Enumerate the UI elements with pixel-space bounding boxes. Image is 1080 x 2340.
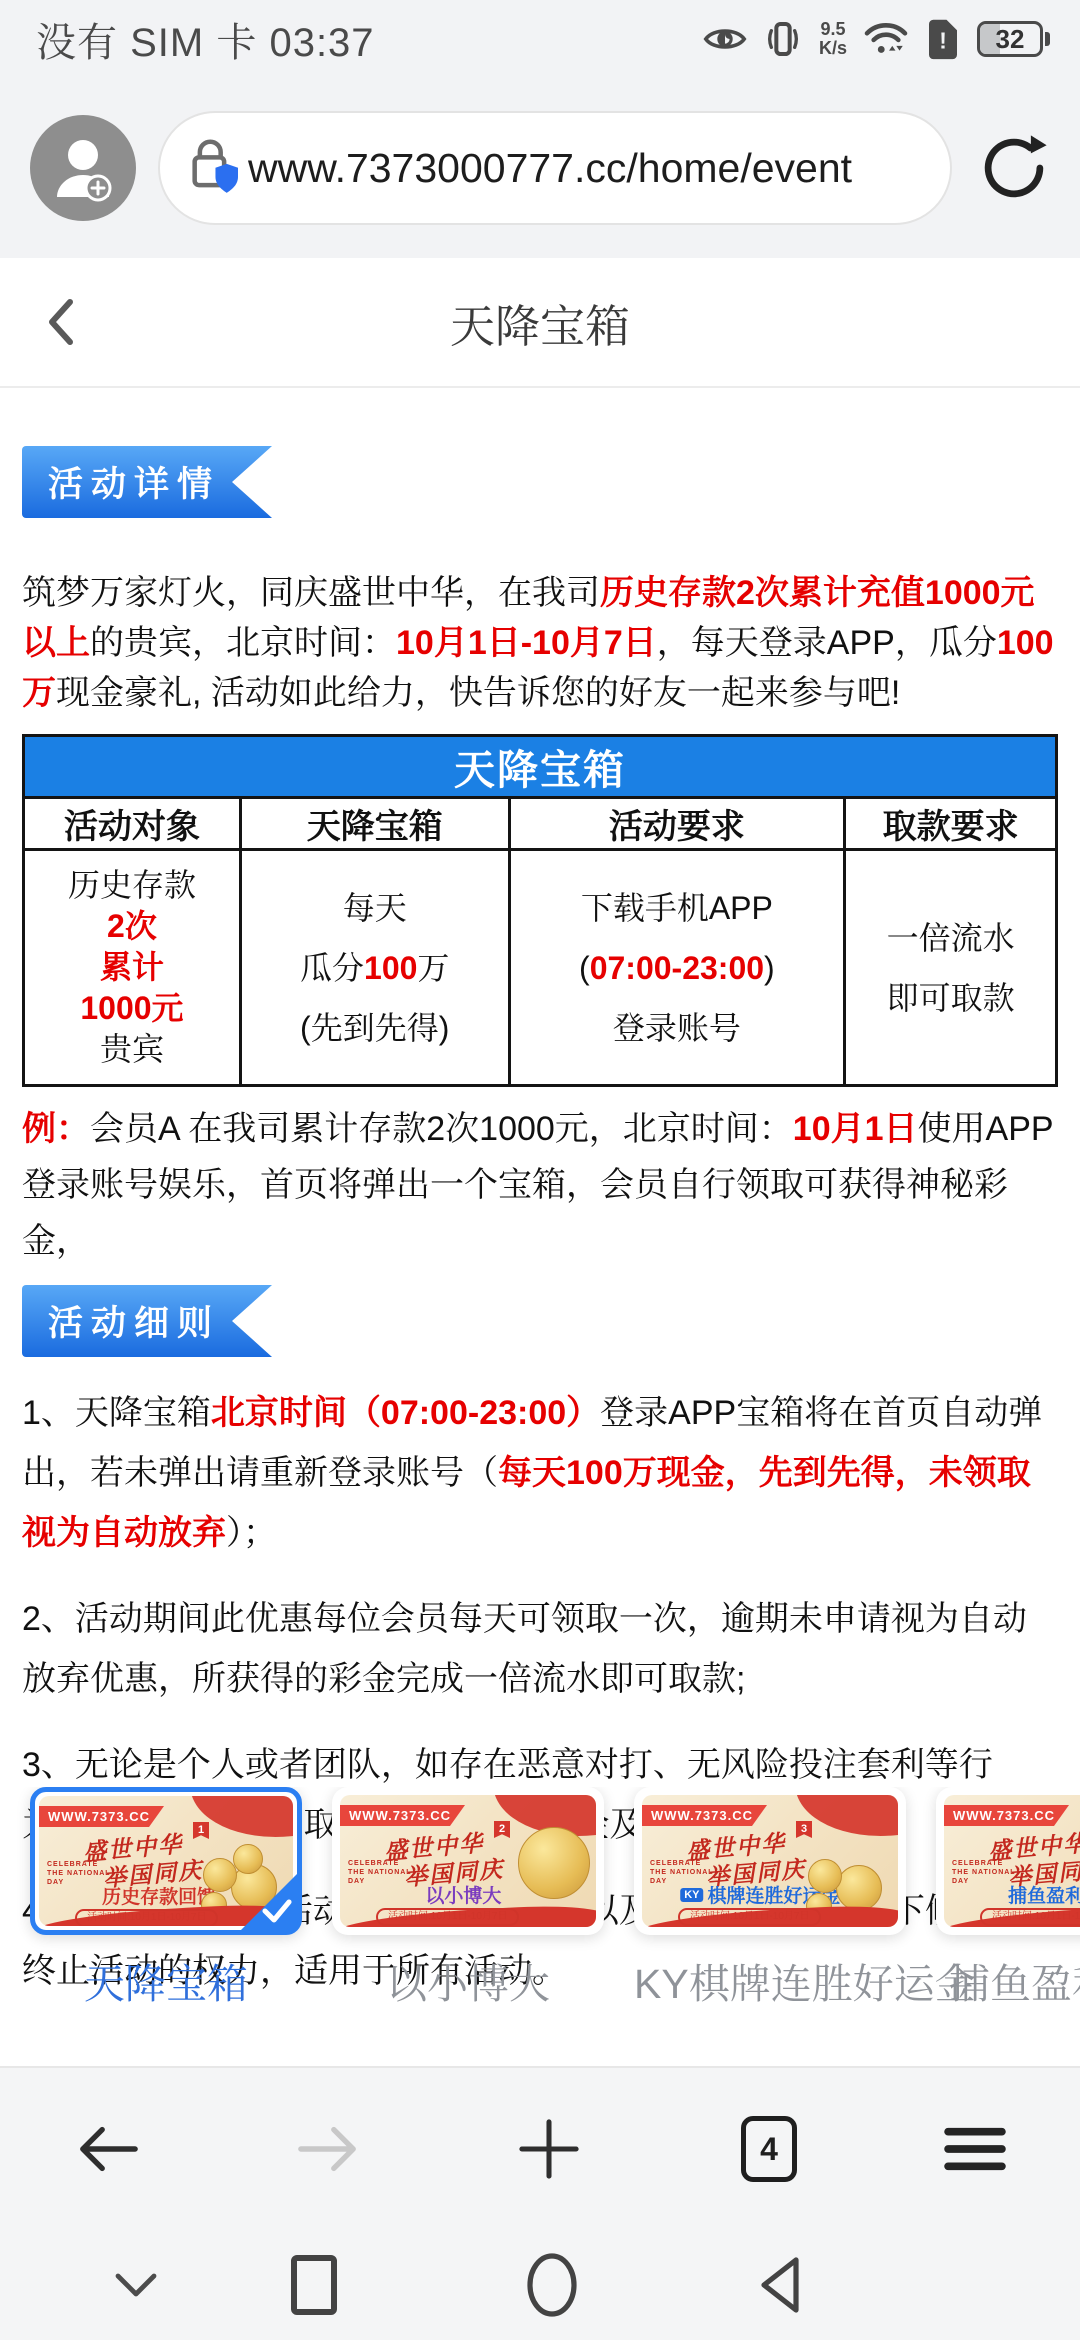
url-text: www.7373000777.cc/home/event (248, 145, 852, 192)
coin-decoration (836, 1865, 882, 1911)
sim-time-text: 没有 SIM 卡 03:37 (36, 11, 375, 68)
details-badge: 活动详情 (22, 446, 272, 518)
status-bar: 没有 SIM 卡 03:37 9.5 K/s ! 32 (0, 0, 1080, 78)
phone-screen: 没有 SIM 卡 03:37 9.5 K/s ! 32 (0, 0, 1080, 2340)
browser-back-button[interactable] (77, 2123, 139, 2175)
carousel-item-small-bets[interactable]: WWW.7373.CC 盛世中华 2 举国同庆 CELEBRATE THE NA… (332, 1787, 604, 2010)
sim-alert-icon: ! (925, 18, 961, 60)
gold-globe-decoration (518, 1827, 590, 1899)
carousel-item-ky-streak[interactable]: WWW.7373.CC 盛世中华 3 举国同庆 CELEBRATE THE NA… (634, 1787, 906, 2010)
profile-avatar-button[interactable] (30, 115, 136, 221)
secure-shield-icon (186, 136, 238, 201)
recents-button[interactable] (290, 2254, 338, 2316)
flag-decoration (190, 1796, 293, 1846)
flag-decoration (795, 1795, 898, 1845)
event-content: 活动详情 筑梦万家灯火，同庆盛世中华，在我司历史存款2次累计充值1000元以上的… (0, 388, 1080, 2066)
carousel-item-treasure-box[interactable]: WWW.7373.CC 盛世中华 1 举国同庆 CELEBRATE THE NA… (30, 1787, 302, 2010)
eye-protection-icon (703, 24, 747, 54)
system-navbar (0, 2230, 1080, 2340)
carousel-label: KY棋牌连胜好运金 (634, 1951, 906, 2010)
cell-target: 历史存款2次累计1000元贵宾 (24, 850, 241, 1086)
table-header-withdraw: 取款要求 (845, 798, 1057, 850)
home-button[interactable] (526, 2252, 578, 2318)
carousel-label: 以小博大 (332, 1951, 604, 2010)
cell-withdraw: 一倍流水即可取款 (845, 850, 1057, 1086)
back-button[interactable] (30, 258, 90, 386)
table-header-target: 活动对象 (24, 798, 241, 850)
wifi-icon (863, 20, 909, 58)
table-title: 天降宝箱 (24, 736, 1057, 798)
address-bar[interactable]: www.7373000777.cc/home/event (158, 111, 952, 225)
network-speed: 9.5 K/s (819, 20, 847, 58)
new-tab-button[interactable] (518, 2118, 580, 2180)
back-nav-button[interactable] (756, 2254, 802, 2316)
table-header-requirement: 活动要求 (509, 798, 845, 850)
svg-text:!: ! (939, 28, 947, 54)
vibrate-icon (763, 19, 803, 59)
intro-paragraph: 筑梦万家灯火，同庆盛世中华，在我司历史存款2次累计充值1000元以上的贵宾，北京… (22, 568, 1058, 718)
table-header-box: 天降宝箱 (240, 798, 509, 850)
tab-count: 4 (741, 2116, 797, 2182)
tabs-button[interactable]: 4 (741, 2116, 797, 2182)
event-carousel: WWW.7373.CC 盛世中华 1 举国同庆 CELEBRATE THE NA… (0, 1787, 1080, 2010)
browser-url-row: www.7373000777.cc/home/event (0, 78, 1080, 258)
rules-badge: 活动细则 (22, 1285, 272, 1357)
battery-icon: 32 (977, 21, 1050, 57)
cell-box: 每天瓜分100万(先到先得) (240, 850, 509, 1086)
rule-1: 1、天降宝箱北京时间（07:00-23:00）登录APP宝箱将在首页自动弹出，若… (22, 1383, 1058, 1563)
page-title: 天降宝箱 (0, 290, 1080, 355)
ky-logo: KY (680, 1888, 703, 1902)
browser-forward-button[interactable] (297, 2123, 359, 2175)
carousel-label: 天降宝箱 (30, 1951, 302, 2010)
carousel-item-fishing-bonus[interactable]: WWW.7373.CC 盛世中华 4 举国同庆 CELEBRATE THE NA… (936, 1787, 1080, 2010)
refresh-button[interactable] (974, 132, 1054, 204)
battery-percent: 32 (996, 24, 1025, 55)
banner-site-ribbon: WWW.7373.CC (39, 1806, 164, 1827)
rule-2: 2、活动期间此优惠每位会员每天可领取一次，逾期未申请视为自动放弃优惠，所获得的彩… (22, 1589, 1058, 1709)
promo-table: 天降宝箱 活动对象 天降宝箱 活动要求 取款要求 历史存款2次累计1000元贵宾… (22, 734, 1058, 1087)
hide-navbar-chevron[interactable] (114, 2272, 158, 2298)
carousel-label: 捕鱼盈利加赠 (936, 1951, 1080, 2010)
page-header: 天降宝箱 (0, 258, 1080, 388)
browser-toolbar: 4 (0, 2066, 1080, 2230)
menu-button[interactable] (942, 2124, 1008, 2174)
cell-requirement: 下载手机APP(07:00-23:00)登录账号 (509, 850, 845, 1086)
example-paragraph: 例：会员A 在我司累计存款2次1000元，北京时间：10月1日使用APP登录账号… (22, 1101, 1058, 1269)
